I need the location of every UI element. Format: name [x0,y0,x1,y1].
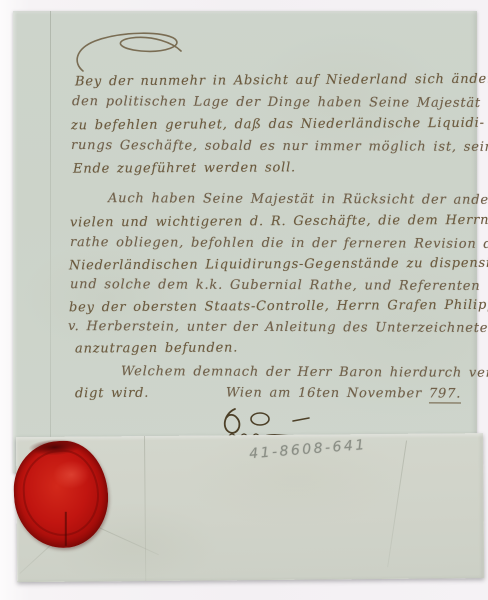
handwritten-line: rathe obliegen, befohlen die in der fern… [70,235,488,252]
dateline-place-date: Wien am 16ten November [226,385,422,401]
handwritten-line: Welchem demnach der Herr Baron hierdurch… [121,364,488,381]
handwritten-line: Auch haben Seine Majestät in Rücksicht d… [108,191,488,208]
fold-crease [144,436,146,581]
letter-sheet: Bey der nunmehr in Absicht auf Niederlan… [13,11,477,473]
handwritten-line: und solche dem k.k. Gubernial Rathe, und… [70,277,481,294]
seal-crack [65,512,67,546]
handwritten-line: Niederländischen Liquidirungs-Gegenständ… [69,256,488,274]
handwritten-line: vielen und wichtigeren d. R. Geschäfte, … [70,213,488,231]
pen-flourish-icon [69,29,187,75]
handwritten-line: digt wird. [75,386,149,401]
handwritten-line: anzutragen befunden. [75,341,238,357]
handwritten-line: Bey der nunmehr in Absicht auf Niederlan… [75,72,488,90]
fold-crease [50,11,51,473]
handwritten-line: rungs Geschäfte, sobald es nur immer mög… [71,138,488,155]
dateline-year: 797. [429,386,461,403]
scanned-letter-photo: Bey der nunmehr in Absicht auf Niederlan… [0,0,488,600]
dateline: Wien am 16ten November 797. [226,385,461,401]
handwritten-line: zu befehlen geruhet, daß das Niederländi… [71,116,485,134]
handwritten-line: bey der obersten Staats-Controlle, Herrn… [69,298,488,316]
pencil-archive-number: 41-8608-641 [249,437,368,462]
handwritten-line: v. Herberstein, unter der Anleitung des … [68,319,488,336]
fold-crease [387,440,407,567]
seal-rim [21,448,101,538]
handwritten-line: den politischen Lage der Dinge haben Sei… [72,94,481,111]
handwritten-line: Ende zugeführet werden soll. [73,160,296,176]
